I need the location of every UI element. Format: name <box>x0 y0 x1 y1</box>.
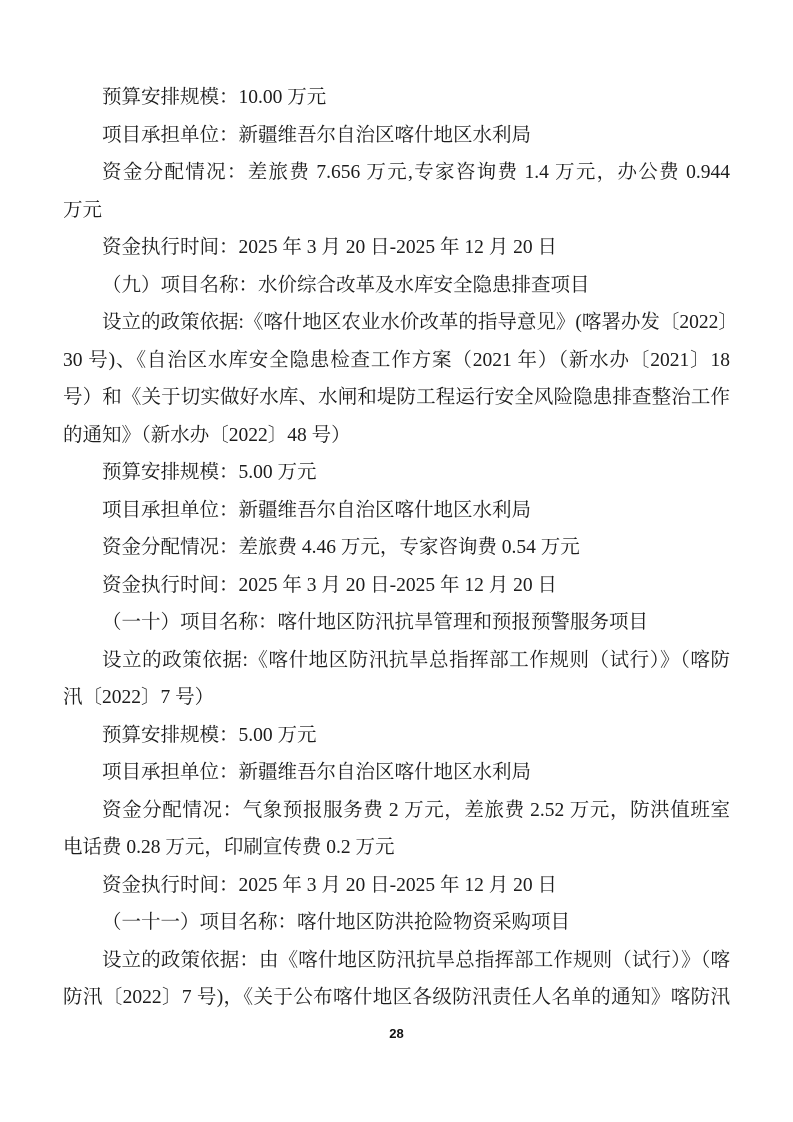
text-line: 资金执行时间：2025 年 3 月 20 日-2025 年 12 月 20 日 <box>63 867 730 905</box>
document-body: 预算安排规模：10.00 万元项目承担单位：新疆维吾尔自治区喀什地区水利局资金分… <box>63 79 730 1017</box>
text-line: 资金执行时间：2025 年 3 月 20 日-2025 年 12 月 20 日 <box>63 229 730 267</box>
text-line: 项目承担单位：新疆维吾尔自治区喀什地区水利局 <box>63 117 730 155</box>
text-line: （一十）项目名称：喀什地区防汛抗旱管理和预报预警服务项目 <box>63 604 730 642</box>
text-line: 的通知》（新水办〔2022〕48 号） <box>63 417 730 455</box>
text-line: 30 号)、《自治区水库安全隐患检查工作方案（2021 年）（新水办〔2021〕… <box>63 342 730 380</box>
text-line: 设立的政策依据：由《喀什地区防汛抗旱总指挥部工作规则（试行）》（喀 <box>63 942 730 980</box>
text-line: （一十一）项目名称：喀什地区防洪抢险物资采购项目 <box>63 904 730 942</box>
text-line: 项目承担单位：新疆维吾尔自治区喀什地区水利局 <box>63 754 730 792</box>
text-line: 资金分配情况：差旅费 7.656 万元,专家咨询费 1.4 万元，办公费 0.9… <box>63 154 730 192</box>
text-line: 万元 <box>63 192 730 230</box>
text-line: 汛〔2022〕7 号） <box>63 679 730 717</box>
text-line: 资金执行时间：2025 年 3 月 20 日-2025 年 12 月 20 日 <box>63 567 730 605</box>
text-line: 项目承担单位：新疆维吾尔自治区喀什地区水利局 <box>63 492 730 530</box>
text-line: 资金分配情况：气象预报服务费 2 万元，差旅费 2.52 万元，防洪值班室 <box>63 792 730 830</box>
text-line: 设立的政策依据:《喀什地区防汛抗旱总指挥部工作规则（试行）》（喀防 <box>63 642 730 680</box>
text-line: 预算安排规模：5.00 万元 <box>63 717 730 755</box>
text-line: 预算安排规模：10.00 万元 <box>63 79 730 117</box>
text-line: （九）项目名称：水价综合改革及水库安全隐患排查项目 <box>63 267 730 305</box>
document-page: 预算安排规模：10.00 万元项目承担单位：新疆维吾尔自治区喀什地区水利局资金分… <box>0 0 793 1122</box>
text-line: 防汛〔2022〕7 号)，《关于公布喀什地区各级防汛责任人名单的通知》喀防汛 <box>63 979 730 1017</box>
text-line: 电话费 0.28 万元，印刷宣传费 0.2 万元 <box>63 829 730 867</box>
text-line: 预算安排规模：5.00 万元 <box>63 454 730 492</box>
page-number: 28 <box>0 1026 793 1041</box>
text-line: 号）和《关于切实做好水库、水闸和堤防工程运行安全风险隐患排查整治工作 <box>63 379 730 417</box>
text-line: 资金分配情况：差旅费 4.46 万元，专家咨询费 0.54 万元 <box>63 529 730 567</box>
text-line: 设立的政策依据:《喀什地区农业水价改革的指导意见》(喀署办发〔2022〕 <box>63 304 730 342</box>
